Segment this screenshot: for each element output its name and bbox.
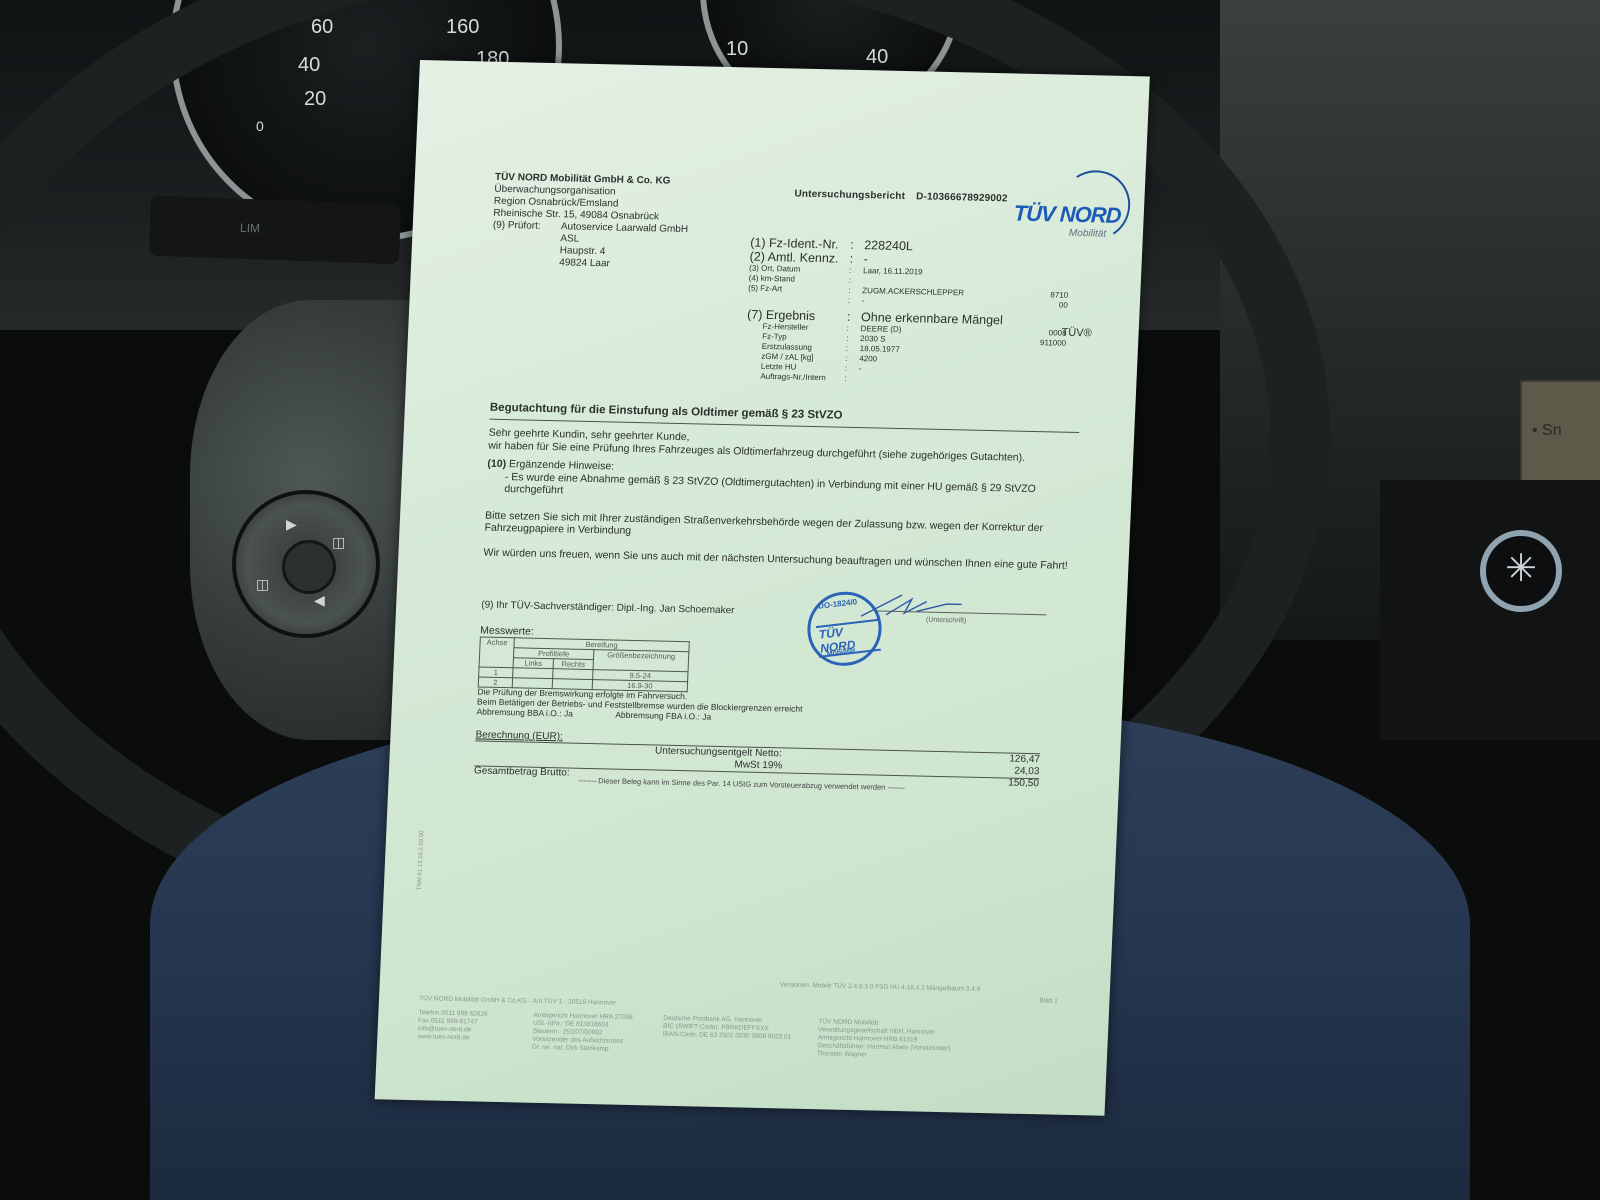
inspection-report-paper: TÜV NORD Mobilität GmbH & Co. KG Überwac… xyxy=(375,60,1150,1116)
header-achse: Achse xyxy=(479,637,514,668)
report-header: Untersuchungsbericht D-10366678929002 xyxy=(794,189,1008,205)
separator: : xyxy=(849,266,863,276)
report-label: Untersuchungsbericht xyxy=(794,189,905,203)
separator: : xyxy=(846,324,860,334)
letter-body: Sehr geehrte Kundin, sehr geehrter Kunde… xyxy=(483,427,1079,572)
vehicle-field-code xyxy=(1029,287,1069,288)
pad-center-button[interactable] xyxy=(282,540,336,594)
page-icon[interactable]: ◫ xyxy=(256,576,269,593)
footer-address: TÜV NORD Mobilität GmbH & Co.KG · Am TÜV… xyxy=(419,995,616,1007)
measurements-table: Achse Bereifung Profiltiefe Größenbezeic… xyxy=(478,637,690,693)
section-title: Begutachtung für die Einstufung als Oldt… xyxy=(490,402,843,422)
separator: : xyxy=(848,276,862,286)
vehicle-field-code xyxy=(1025,375,1065,376)
footer-line: IBAN-Code: DE 63 2501 0030 0808 9023 01 xyxy=(662,1031,791,1042)
logo-text: TÜV NORD xyxy=(1013,201,1121,229)
signature-caption: (Unterschrift) xyxy=(926,617,967,625)
footer-management: TÜV NORD MobilitätVerwaltungsgesellschaf… xyxy=(817,1018,952,1061)
mercedes-logo-icon: ✳ xyxy=(1480,530,1562,612)
form-code: TNM 61.13.16.2.50.00 xyxy=(417,830,426,890)
issuer-block: TÜV NORD Mobilität GmbH & Co. KG Überwac… xyxy=(491,172,690,272)
separator: : xyxy=(848,286,862,296)
inspector-name: (9) Ihr TÜV-Sachverständiger: Dipl.-Ing.… xyxy=(481,600,735,617)
pruefort-label: (9) Prüfort: xyxy=(491,220,561,270)
center-console: ✳ xyxy=(1380,480,1600,740)
separator: : xyxy=(850,238,865,252)
vehicle-field-code xyxy=(1027,325,1067,326)
vehicle-field-code xyxy=(1029,277,1069,278)
contact-paragraph: Bitte setzen Sie sich mit Ihrer zuständi… xyxy=(484,509,1075,547)
radio-text: • Sn xyxy=(1532,422,1562,440)
tuv-nord-logo: TÜV NORD Mobilität xyxy=(1012,169,1135,252)
mwst-label: MwSt 19% xyxy=(734,759,782,771)
brake-test-text: Die Prüfung der Bremswirkung erfolgte im… xyxy=(476,686,803,723)
vehicle-field-code xyxy=(1025,365,1065,366)
stamp-id: DO-1824/0 xyxy=(818,597,858,610)
vehicle-field-code xyxy=(1030,253,1070,254)
brake-bba: Abbremsung BBA i.O.: Ja xyxy=(476,706,573,718)
footer: Versionen: Mobile TÜV 2.4.8.3.0 FSD HU 4… xyxy=(419,995,1089,1010)
brutto-value: 150,50 xyxy=(1008,778,1039,790)
vehicle-field-label xyxy=(748,300,848,302)
separator: : xyxy=(848,296,862,306)
versions-text: Versionen: Mobile TÜV 2.4.8.3.0 FSD HU 4… xyxy=(780,981,981,994)
vehicle-field-code: 911000 xyxy=(1026,338,1066,349)
pruefort-line: 49824 Laar xyxy=(559,257,687,272)
thanks-paragraph: Wir würden uns freuen, wenn Sie uns auch… xyxy=(483,546,1073,572)
mwst-value: 24,03 xyxy=(1014,766,1040,778)
vehicle-field-code xyxy=(1029,267,1069,268)
separator: : xyxy=(846,334,860,344)
separator: : xyxy=(849,252,864,266)
vehicle-field-code xyxy=(1024,385,1064,386)
vehicle-details: (1) Fz-Ident.-Nr.:228240L(2) Amtl. Kennz… xyxy=(744,236,1070,389)
report-number: D-10366678929002 xyxy=(916,191,1008,204)
separator: : xyxy=(845,364,859,374)
vehicle-field-code: 00 xyxy=(1028,300,1068,311)
steering-control-pad[interactable]: ▶ ◀ ◫ ◫ xyxy=(232,490,380,638)
vehicle-field-code xyxy=(1026,355,1066,356)
hints-number: (10) xyxy=(487,458,506,470)
separator: : xyxy=(847,310,862,324)
cruise-control-stalk[interactable]: LIM xyxy=(149,196,401,265)
footer-registry: Amtsgericht Hannover HRA 27006USt.-IdNr.… xyxy=(532,1012,633,1054)
vehicle-field-value xyxy=(858,381,1024,385)
arrow-left-icon[interactable]: ◀ xyxy=(314,592,325,609)
brake-fba: Abbremsung FBA i.O.: Ja xyxy=(615,710,711,722)
netto-value: 126,47 xyxy=(1009,754,1040,766)
page-number: Blatt 1 xyxy=(1039,997,1058,1005)
separator: : xyxy=(844,374,858,384)
separator: : xyxy=(845,344,859,354)
footer-contact: Telefon 0511 998 62626Fax 0511 998-61747… xyxy=(417,1009,488,1043)
logo-subtitle: Mobilität xyxy=(1069,228,1107,240)
stalk-label: LIM xyxy=(240,221,260,236)
footer-bank: Deutsche Postbank AG, HannoverBIC (SWIFT… xyxy=(662,1015,792,1042)
arrow-right-icon[interactable]: ▶ xyxy=(286,516,297,533)
page-icon[interactable]: ◫ xyxy=(332,534,345,551)
tuv-registered-mark: TÜV® xyxy=(1061,327,1092,340)
vehicle-field-label: Auftrags-Nr./Intern xyxy=(744,371,844,383)
brutto-label: Gesamtbetrag Brutto: xyxy=(474,765,570,778)
footer-line: www.tuev-nord.de xyxy=(417,1033,487,1043)
hints-label: Ergänzende Hinweise: xyxy=(509,458,615,472)
separator: : xyxy=(845,354,859,364)
header-groesse: Größenbezeichnung xyxy=(593,650,689,672)
